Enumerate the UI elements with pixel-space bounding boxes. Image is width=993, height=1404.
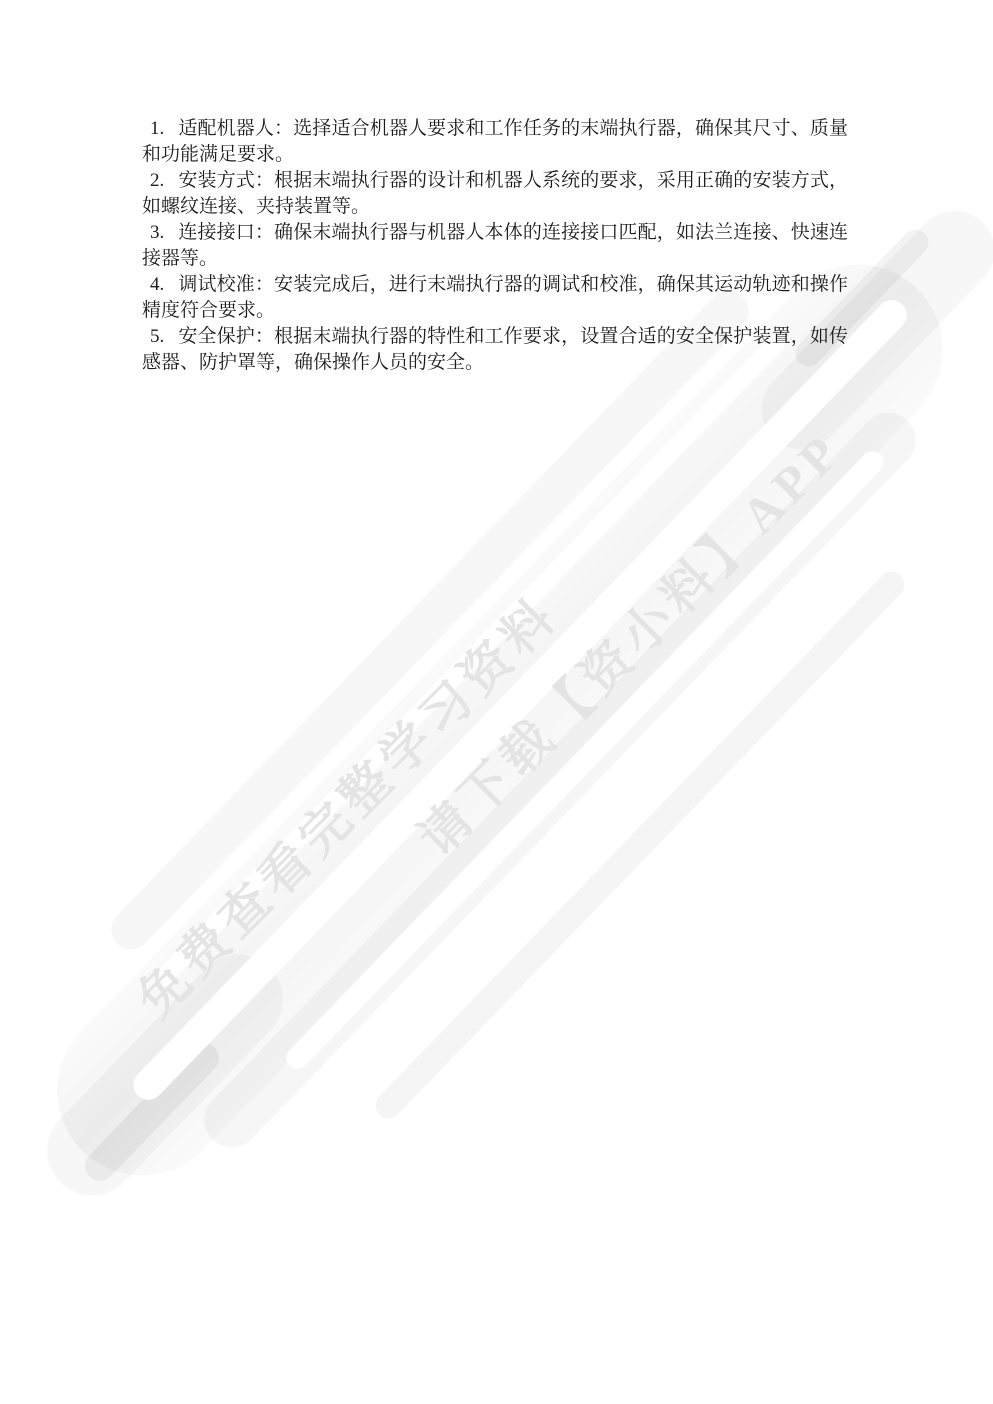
list-item: 5.安全保护：根据末端执行器的特性和工作要求，设置合适的安全保护装置，如传感器、… [142,324,848,376]
list-item: 1.适配机器人：选择适合机器人要求和工作任务的末端执行器，确保其尺寸、质量和功能… [142,116,848,168]
list-item-number: 4. [150,274,164,295]
list-item-text: 连接接口：确保末端执行器与机器人本体的连接接口匹配，如法兰连接、快速连接器等。 [142,222,848,269]
list-item-number: 1. [150,118,164,139]
list-item-text: 安全保护：根据末端执行器的特性和工作要求，设置合适的安全保护装置，如传感器、防护… [142,326,848,373]
list-item-text: 调试校准：安装完成后，进行末端执行器的调试和校准，确保其运动轨迹和操作精度符合要… [142,274,848,321]
list-item-number: 3. [150,222,164,243]
list-item-number: 5. [150,326,164,347]
list-item: 3.连接接口：确保末端执行器与机器人本体的连接接口匹配，如法兰连接、快速连接器等… [142,220,848,272]
document-page: 免费查看完整学习资料 请下载【资小料】APP 1.适配机器人：选择适合机器人要求… [0,0,993,1404]
list-item-text: 安装方式：根据末端执行器的设计和机器人系统的要求，采用正确的安装方式，如螺纹连接… [142,170,848,217]
list-item-number: 2. [150,170,164,191]
list-item: 4.调试校准：安装完成后，进行末端执行器的调试和校准，确保其运动轨迹和操作精度符… [142,272,848,324]
numbered-list: 1.适配机器人：选择适合机器人要求和工作任务的末端执行器，确保其尺寸、质量和功能… [142,116,848,376]
list-item-text: 适配机器人：选择适合机器人要求和工作任务的末端执行器，确保其尺寸、质量和功能满足… [142,118,848,165]
list-item: 2.安装方式：根据末端执行器的设计和机器人系统的要求，采用正确的安装方式，如螺纹… [142,168,848,220]
